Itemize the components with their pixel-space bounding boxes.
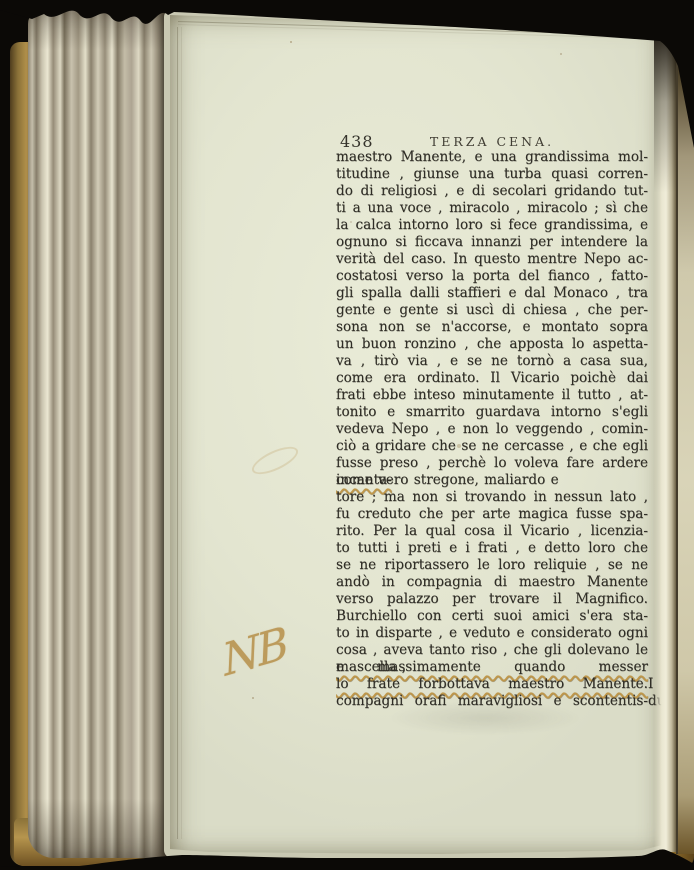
text-line: ognuno si ficcava innanzi per intendere … xyxy=(336,234,648,251)
text-line: gente e gente si uscì di chiesa , che pe… xyxy=(336,302,648,319)
text-line: do di religiosi , e di secolari gridando… xyxy=(336,183,648,200)
text-line: cosa , aveva tanto riso , che gli doleva… xyxy=(336,642,648,659)
text-line: frati ebbe inteso minutamente il tutto ,… xyxy=(336,387,648,404)
text-line: se ne riportassero le loro reliquie , se… xyxy=(336,557,648,574)
paper-specks xyxy=(290,41,292,43)
text-line: lo frate forbottava maestro Manente. I d… xyxy=(336,676,648,693)
text-line: to in disparte , e veduto e considerato … xyxy=(336,625,648,642)
text-line: fusse preso , perchè lo voleva fare arde… xyxy=(336,455,648,472)
text-line: un buon ronzino , che apposta lo aspetta… xyxy=(336,336,648,353)
text-line: costatosi verso la porta del fianco , fa… xyxy=(336,268,648,285)
running-head: TERZA CENA. xyxy=(336,134,648,149)
text-line: rito. Per la qual cosa il Vicario , lice… xyxy=(336,523,648,540)
book-photo: 438 TERZA CENA. maestro Manente, e una g… xyxy=(0,0,694,870)
text-line: andò in compagnia di maestro Manente xyxy=(336,574,648,591)
text-line: vedeva Nepo , e non lo veggendo , comin- xyxy=(336,421,648,438)
text-line: titudine , giunse una turba quasi corren… xyxy=(336,166,648,183)
under-page-left-edge-line xyxy=(177,27,178,839)
text-line: ti a una voce , miracolo , miracolo ; sì… xyxy=(336,200,648,217)
text-line: verso palazzo per trovare il Magnifico. xyxy=(336,591,648,608)
ink-smudge xyxy=(248,441,301,479)
text-line: fu creduto che per arte magica fusse spa… xyxy=(336,506,648,523)
text-line: tonito e smarrito guardava intorno s'egl… xyxy=(336,404,648,421)
gutter-fold-highlight xyxy=(654,28,676,852)
show-through-marks xyxy=(390,701,580,735)
page-edges-stack xyxy=(28,8,168,858)
gutter-page-sliver xyxy=(676,24,694,854)
text-line: maestro Manente, e una grandissima mol- xyxy=(336,149,648,166)
body-text: maestro Manente, e una grandissima mol-t… xyxy=(336,149,648,710)
text-line: mascella , e massimamente quando messer xyxy=(336,659,648,676)
text-line: tore ; ma non si trovando in nessun lato… xyxy=(336,489,648,506)
book-page: 438 TERZA CENA. maestro Manente, e una g… xyxy=(170,13,662,854)
underlined-text: lo frate forbottava maestro Manente. xyxy=(336,676,648,692)
text-line: come vero stregone, maliardo e incanta- xyxy=(336,472,648,489)
text-line: ciò a gridare che se ne cercasse , e che… xyxy=(336,438,648,455)
text-line: la calca intorno loro si fece grandissim… xyxy=(336,217,648,234)
text-line: sona non se n'accorse, e montato sopra xyxy=(336,319,648,336)
text-line: gli spalla dalli staffieri e dal Monaco … xyxy=(336,285,648,302)
text-line: come era ordinato. Il Vicario poichè dai xyxy=(336,370,648,387)
text-run: mascella , xyxy=(336,659,406,676)
text-run: come vero stregone, maliardo e xyxy=(336,472,559,489)
text-line: to tutti i preti e i frati , e detto lor… xyxy=(336,540,648,557)
handwritten-margin-note: NB xyxy=(220,622,289,684)
text-line: verità del caso. In questo mentre Nepo a… xyxy=(336,251,648,268)
text-line: va , tirò via , e se ne tornò a casa sua… xyxy=(336,353,648,370)
text-line: Burchiello con certi suoi amici s'era st… xyxy=(336,608,648,625)
